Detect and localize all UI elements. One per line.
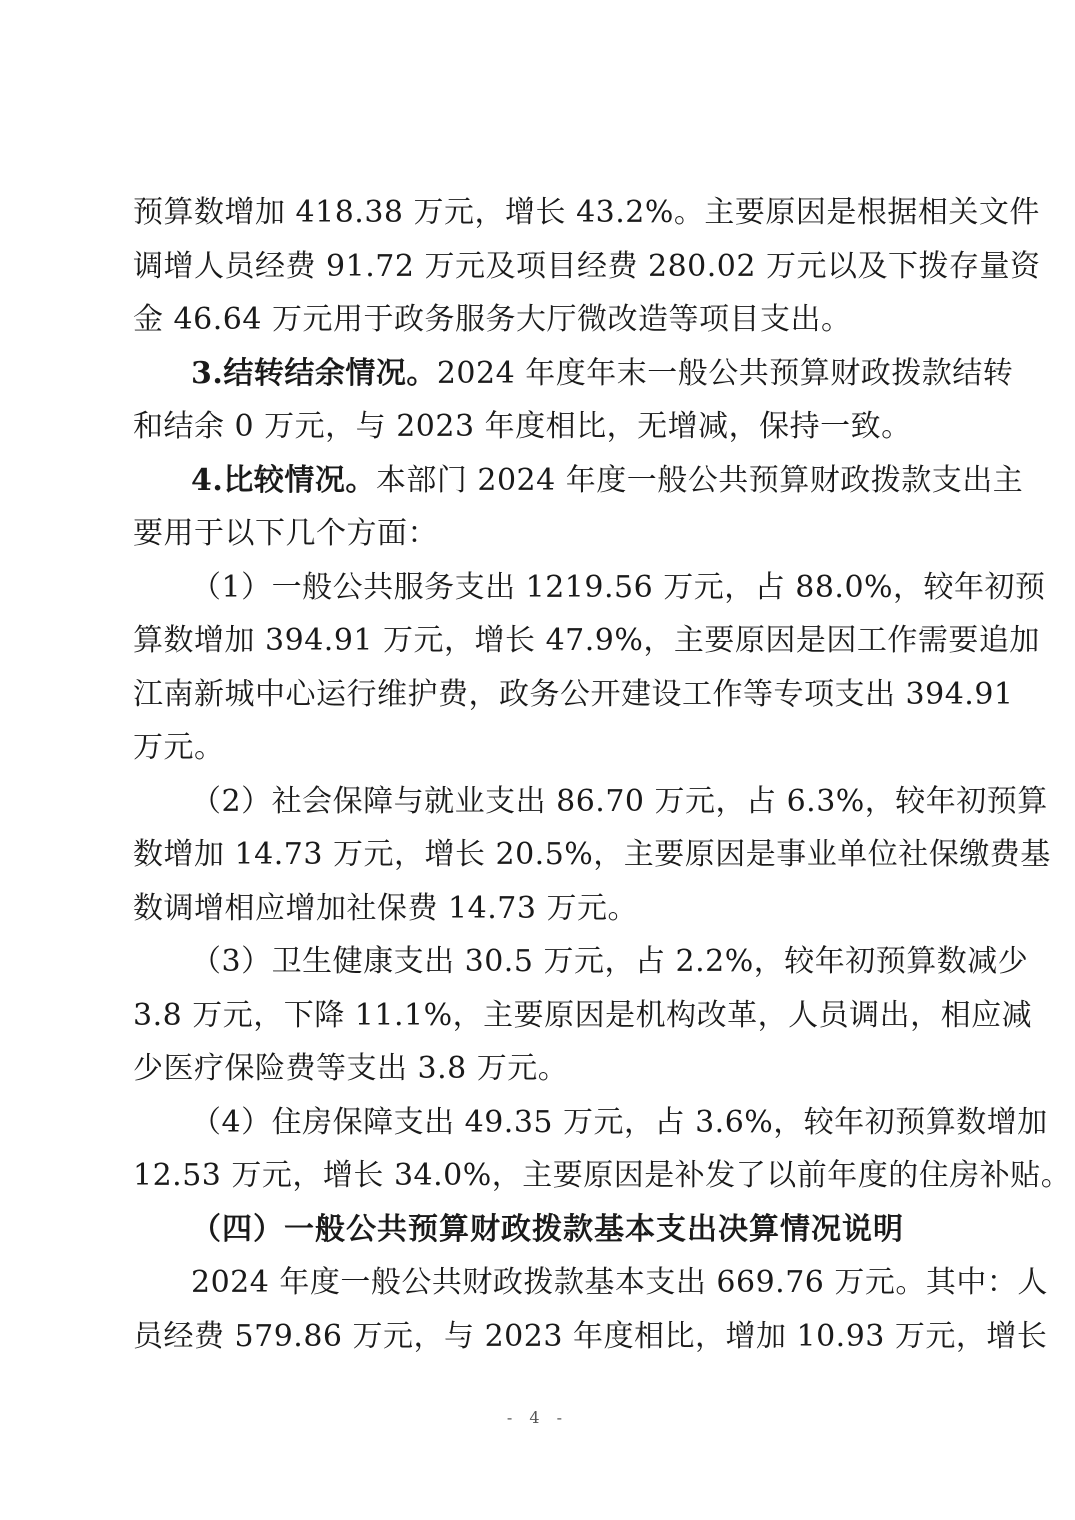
final-paragraph-line: 2024 年度一般公共财政拨款基本支出 669.76 万元。其中：人 (133, 1256, 945, 1310)
item-3-line: （3）卫生健康支出 30.5 万元，占 2.2%，较年初预算数减少 (133, 935, 945, 989)
section-heading-4: （四）一般公共预算财政拨款基本支出决算情况说明 (133, 1203, 945, 1257)
item-1-line: 万元。 (133, 721, 945, 775)
section-4-title: 4.比较情况。 (191, 463, 376, 498)
section-3-line-2: 和结余 0 万元，与 2023 年度相比，无增减，保持一致。 (133, 400, 945, 454)
document-body: 预算数增加 418.38 万元，增长 43.2%。主要原因是根据相关文件 调增人… (133, 186, 945, 1363)
paragraph-line: 金 46.64 万元用于政务服务大厅微改造等项目支出。 (133, 293, 945, 347)
item-2-line: （2）社会保障与就业支出 86.70 万元，占 6.3%，较年初预算 (133, 775, 945, 829)
item-2-line: 数调增相应增加社保费 14.73 万元。 (133, 882, 945, 936)
final-paragraph-line: 员经费 579.86 万元，与 2023 年度相比，增加 10.93 万元，增长 (133, 1310, 945, 1364)
section-4-line-2: 要用于以下几个方面： (133, 507, 945, 561)
section-3-line-1: 3.结转结余情况。2024 年度年末一般公共预算财政拨款结转 (133, 347, 945, 401)
item-1-line: （1）一般公共服务支出 1219.56 万元，占 88.0%，较年初预 (133, 561, 945, 615)
section-3-title: 3.结转结余情况。 (191, 356, 437, 391)
item-3-line: 3.8 万元，下降 11.1%，主要原因是机构改革，人员调出，相应减 (133, 989, 945, 1043)
item-2-line: 数增加 14.73 万元，增长 20.5%，主要原因是事业单位社保缴费基 (133, 828, 945, 882)
section-3-text: 2024 年度年末一般公共预算财政拨款结转 (437, 356, 1013, 391)
item-1-line: 算数增加 394.91 万元，增长 47.9%，主要原因是因工作需要追加 (133, 614, 945, 668)
item-4-line: （4）住房保障支出 49.35 万元，占 3.6%，较年初预算数增加 (133, 1096, 945, 1150)
paragraph-line: 调增人员经费 91.72 万元及项目经费 280.02 万元以及下拨存量资 (133, 240, 945, 294)
item-1-line: 江南新城中心运行维护费，政务公开建设工作等专项支出 394.91 (133, 668, 945, 722)
paragraph-line: 预算数增加 418.38 万元，增长 43.2%。主要原因是根据相关文件 (133, 186, 945, 240)
section-4-text: 本部门 2024 年度一般公共预算财政拨款支出主 (376, 463, 1023, 498)
section-4-line-1: 4.比较情况。本部门 2024 年度一般公共预算财政拨款支出主 (133, 454, 945, 508)
page-number: - 4 - (0, 1408, 1075, 1427)
item-4-line: 12.53 万元，增长 34.0%，主要原因是补发了以前年度的住房补贴。 (133, 1149, 945, 1203)
item-3-line: 少医疗保险费等支出 3.8 万元。 (133, 1042, 945, 1096)
